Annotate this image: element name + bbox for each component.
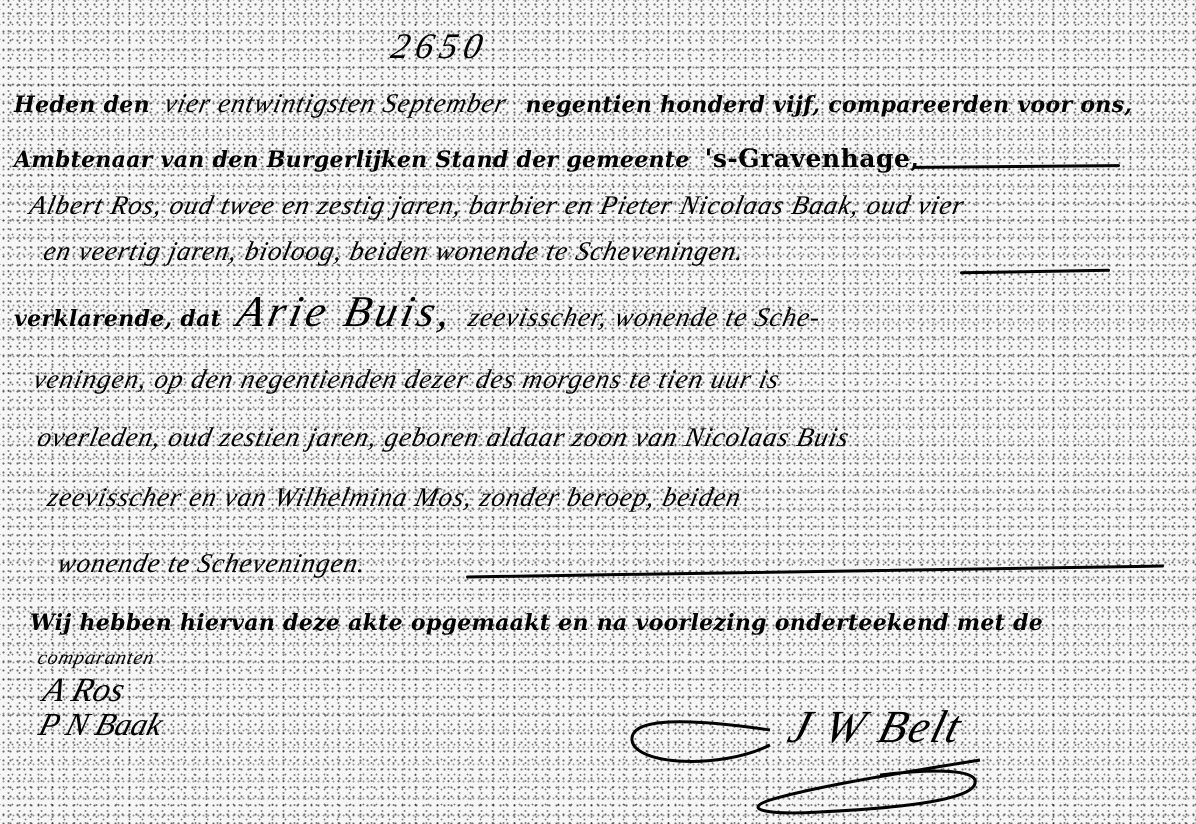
fill-line (960, 269, 1110, 275)
scanned-document-page: 2650 Heden den vier entwintigsten Septem… (0, 0, 1196, 824)
line-7: overleden, oud zestien jaren, geboren al… (35, 424, 852, 451)
printed-text: negentien honderd vijf, compareerden voo… (526, 92, 1133, 118)
record-number: 2650 (388, 28, 492, 64)
printed-text: Heden den (14, 92, 150, 118)
line-6: veningen, op den negentienden dezer des … (31, 366, 782, 393)
witness-signature-1: A Ros (39, 672, 129, 710)
printed-text: Ambtenaar van den Burgerlijken Stand der… (14, 147, 690, 173)
municipality-name: 's-Gravenhage, (705, 144, 920, 173)
closing-statement: Wij hebben hiervan deze akte opgemaakt e… (30, 612, 1043, 634)
line-3: Albert Ros, oud twee en zestig jaren, ba… (27, 192, 967, 219)
handwritten-date: vier entwintigsten September (162, 90, 509, 117)
closing-handwritten: comparanten (36, 648, 157, 668)
witness-signature-2: P N Baak (35, 706, 167, 743)
official-signature: J W Belt (783, 700, 969, 753)
line-8: zeevisscher en van Wilhelmina Mos, zonde… (45, 484, 744, 511)
line-2: Ambtenaar van den Burgerlijken Stand der… (14, 146, 920, 171)
line-9: wonende te Scheveningen. (55, 550, 369, 577)
line-4: en veertig jaren, bioloog, beiden wonend… (41, 238, 747, 265)
deceased-name: Arie Buis, (234, 290, 459, 334)
printed-text: verklarende, dat (14, 306, 221, 332)
handwritten-text: zeevisscher, wonende te Sche- (466, 304, 823, 331)
fill-line (914, 164, 1120, 169)
line-5: verklarende, dat Arie Buis, zeevisscher,… (14, 290, 821, 334)
line-1: Heden den vier entwintigsten September n… (14, 90, 1132, 117)
fill-line (466, 565, 1164, 579)
